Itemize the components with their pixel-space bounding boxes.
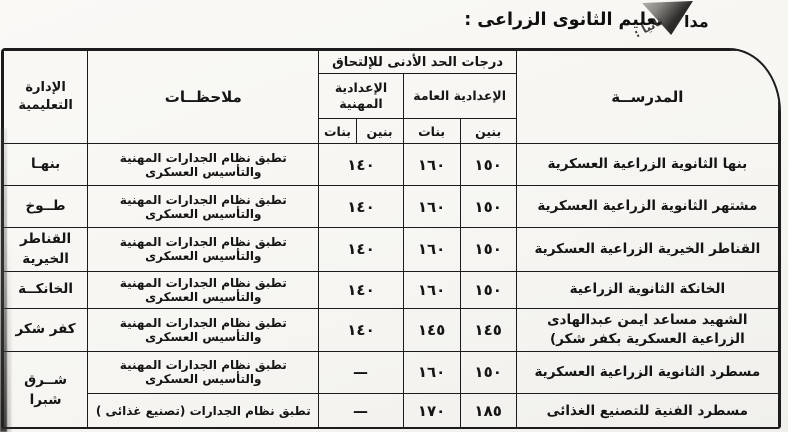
- general-girls-grade-cell: ١٧٠: [403, 393, 460, 429]
- general-boys-grade-cell: ١٥٠: [460, 351, 516, 393]
- notes-cell: تطبق نظام الجدارات المهنية والتأسيس العس…: [88, 308, 319, 351]
- notes-cell: تطبق نظام الجدارات المهنية والتأسيس العس…: [88, 144, 319, 186]
- general-girls-grade-cell: ١٦٠: [403, 144, 460, 186]
- header-vocational-girls: بنات: [319, 119, 356, 144]
- table-row: بنها الثانوية الزراعية العسكرية ١٥٠ ١٦٠ …: [4, 144, 779, 186]
- scan-edge-shadow-soft: [6, 240, 11, 432]
- general-girls-grade-cell: ١٤٥: [403, 308, 460, 351]
- header-vocational-boys: بنين: [356, 119, 403, 144]
- general-boys-grade-cell: ١٥٠: [460, 144, 516, 186]
- general-girls-grade-cell: ١٦٠: [403, 186, 460, 228]
- school-name-cell: مسطرد الفنية للتصنيع الغذائى: [516, 393, 778, 429]
- general-girls-grade-cell: ١٦٠: [403, 271, 460, 308]
- header-notes: ملاحظــات: [88, 51, 319, 144]
- schools-table: المدرســة درجات الحد الأدنى للإلتحاق ملا…: [1, 48, 781, 429]
- table-row: مسطرد الثانوية الزراعية العسكرية ١٥٠ ١٦٠…: [4, 351, 779, 393]
- admin-cell: الخانكــة: [4, 271, 88, 308]
- vocational-grade-cell: —: [319, 351, 403, 393]
- header-general-prep: الإعدادية العامة: [403, 74, 516, 119]
- school-name-cell: الشهيد مساعد ايمن عبدالهادى الزراعية الع…: [516, 308, 778, 351]
- admin-cell: بنهـا: [4, 144, 88, 186]
- notes-cell: تطبق نظام الجدارات المهنية والتأسيس العس…: [88, 186, 319, 228]
- vocational-grade-cell: ١٤٠: [319, 271, 403, 308]
- general-girls-grade-cell: ١٦٠: [403, 228, 460, 272]
- vocational-grade-cell: —: [319, 393, 403, 429]
- general-boys-grade-cell: ١٥٠: [460, 186, 516, 228]
- table-row: القناطر الخيرية الزراعية العسكرية ١٥٠ ١٦…: [4, 228, 779, 272]
- school-name-cell: مسطرد الثانوية الزراعية العسكرية: [516, 351, 778, 393]
- header-admin: الإدارة التعليمية: [4, 51, 88, 144]
- general-boys-grade-cell: ١٤٥: [460, 308, 516, 351]
- vocational-grade-cell: ١٤٠: [319, 308, 403, 351]
- table-row: مسطرد الفنية للتصنيع الغذائى ١٨٥ ١٧٠ — ت…: [4, 393, 779, 429]
- header-min-grades: درجات الحد الأدنى للإلتحاق: [319, 51, 516, 74]
- table-row: الخانكة الثانوية الزراعية ١٥٠ ١٦٠ ١٤٠ تط…: [4, 271, 779, 308]
- header-general-girls: بنات: [403, 119, 460, 144]
- school-name-cell: مشتهر الثانوية الزراعية العسكرية: [516, 186, 778, 228]
- page-title-fragment: مدا: [684, 12, 709, 31]
- table-row: مشتهر الثانوية الزراعية العسكرية ١٥٠ ١٦٠…: [4, 186, 779, 228]
- general-boys-grade-cell: ١٨٥: [460, 393, 516, 429]
- admin-cell: شــرق شبرا: [4, 351, 88, 429]
- header-general-boys: بنين: [460, 119, 516, 144]
- school-name-cell: بنها الثانوية الزراعية العسكرية: [516, 144, 778, 186]
- vocational-grade-cell: ١٤٠: [319, 228, 403, 272]
- notes-cell: تطبق نظام الجدارات (تصنيع غذائى ): [88, 393, 319, 429]
- header-school: المدرســة: [516, 51, 778, 144]
- table-row: الشهيد مساعد ايمن عبدالهادى الزراعية الع…: [4, 308, 779, 351]
- notes-cell: تطبق نظام الجدارات المهنية والتأسيس العس…: [88, 351, 319, 393]
- school-name-cell: القناطر الخيرية الزراعية العسكرية: [516, 228, 778, 272]
- general-boys-grade-cell: ١٥٠: [460, 228, 516, 272]
- vocational-grade-cell: ١٤٠: [319, 144, 403, 186]
- notes-cell: تطبق نظام الجدارات المهنية والتأسيس العس…: [88, 228, 319, 272]
- notes-cell: تطبق نظام الجدارات المهنية والتأسيس العس…: [88, 271, 319, 308]
- vocational-grade-cell: ١٤٠: [319, 186, 403, 228]
- school-name-cell: الخانكة الثانوية الزراعية: [516, 271, 778, 308]
- header-vocational-prep: الإعدادية المهنية: [319, 74, 403, 119]
- admin-cell: كفر شكر: [4, 308, 88, 351]
- header-row-1: المدرســة درجات الحد الأدنى للإلتحاق ملا…: [4, 51, 779, 74]
- general-girls-grade-cell: ١٦٠: [403, 351, 460, 393]
- general-boys-grade-cell: ١٥٠: [460, 271, 516, 308]
- admin-cell: طــوخ: [4, 186, 88, 228]
- admin-cell: القناطر الخيرية: [4, 228, 88, 272]
